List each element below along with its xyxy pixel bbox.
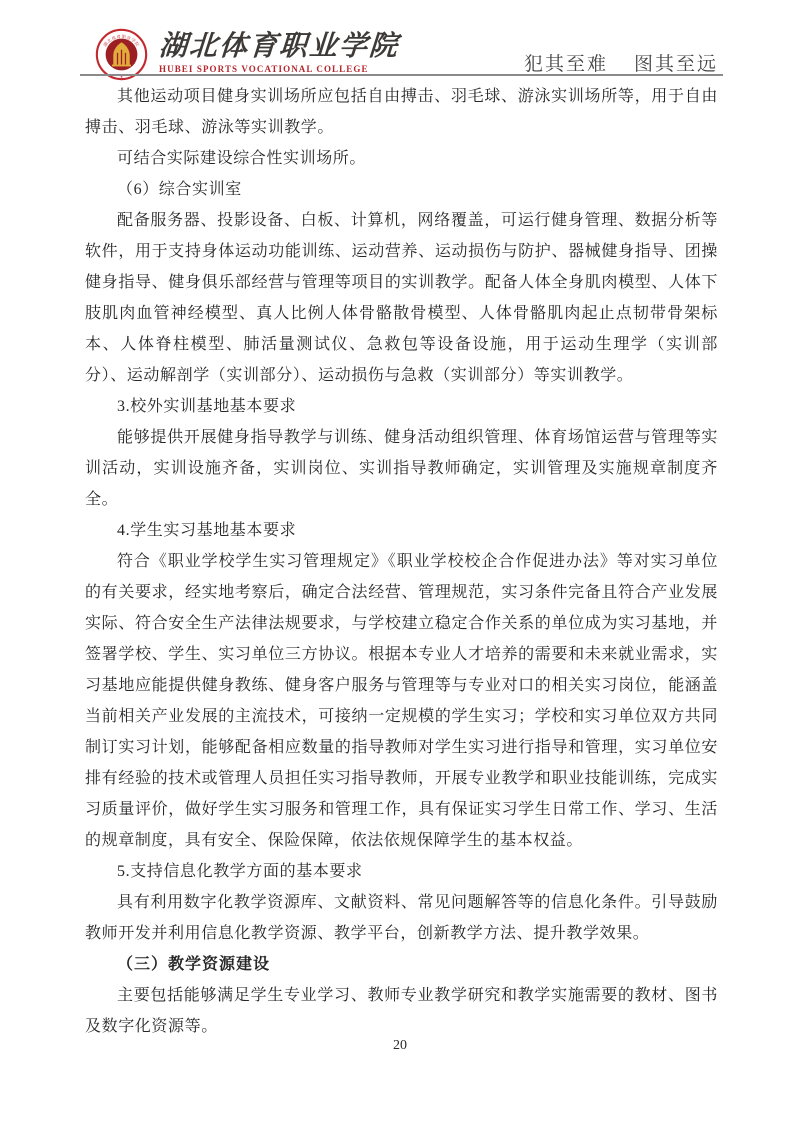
paragraph: 能够提供开展健身指导教学与训练、健身活动组织管理、体育场馆运营与管理等实训活动，…: [85, 422, 718, 515]
header-divider: [80, 74, 723, 76]
college-name-zh: 湖北体育职业学院: [158, 32, 400, 63]
college-motto: 犯其至难图其至远: [524, 49, 718, 76]
college-name-en: HUBEI SPORTS VOCATIONAL COLLEGE: [159, 64, 399, 74]
section-heading: （三）教学资源建设: [85, 949, 718, 980]
paragraph: 配备服务器、投影设备、白板、计算机，网络覆盖，可运行健身管理、数据分析等软件，用…: [85, 205, 718, 391]
paragraph: 具有利用数字化教学资源库、文献资料、常见问题解答等的信息化条件。引导鼓励教师开发…: [85, 887, 718, 949]
section-heading: 3.校外实训基地基本要求: [85, 391, 718, 422]
page-number: 20: [0, 1038, 800, 1054]
motto-left: 犯其至难: [524, 54, 608, 75]
section-heading: （6）综合实训室: [85, 174, 718, 205]
document-page: 湖北体育职业学院 ★ 湖北体育职业学院 HUBEI SPORTS VOCATIO…: [0, 0, 800, 1131]
section-heading: 4.学生实习基地基本要求: [85, 515, 718, 546]
section-heading: 5.支持信息化教学方面的基本要求: [85, 856, 718, 887]
paragraph: 符合《职业学校学生实习管理规定》《职业学校校企合作促进办法》等对实习单位的有关要…: [85, 546, 718, 856]
paragraph: 其他运动项目健身实训场所应包括自由搏击、羽毛球、游泳实训场所等，用于自由搏击、羽…: [85, 81, 718, 143]
college-title-block: 湖北体育职业学院 HUBEI SPORTS VOCATIONAL COLLEGE: [159, 32, 399, 74]
motto-right: 图其至远: [634, 54, 718, 75]
paragraph: 主要包括能够满足学生专业学习、教师专业教学研究和教学实施需要的教材、图书及数字化…: [85, 980, 718, 1042]
paragraph: 可结合实际建设综合性实训场所。: [85, 143, 718, 174]
document-body: 其他运动项目健身实训场所应包括自由搏击、羽毛球、游泳实训场所等，用于自由搏击、羽…: [85, 81, 718, 1042]
